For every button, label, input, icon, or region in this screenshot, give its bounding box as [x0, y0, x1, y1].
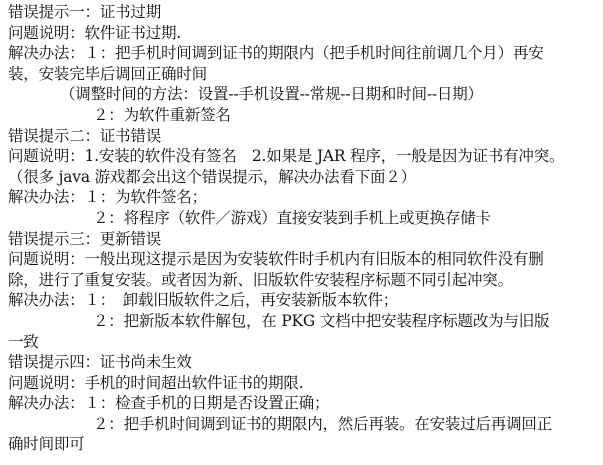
error-1-description: 问题说明：软件证书过期. — [8, 23, 598, 44]
error-3-title: 错误提示三：更新错误 — [8, 229, 598, 250]
error-4-description: 问题说明：手机的时间超出软件证书的期限. — [8, 373, 598, 394]
error-2-description: 问题说明：1.安装的软件没有签名 2.如果是 JAR 程序，一般是因为证书有冲突… — [8, 146, 598, 167]
error-3-description-cont: 除，进行了重复安装。或者因为新、旧版软件安装程序标题不同引起冲突。 — [8, 270, 598, 291]
error-3-solution-2-cont: 一致 — [8, 332, 598, 353]
error-1-solution-1-cont: 装，安装完毕后调回正确时间 — [8, 64, 598, 85]
error-4-title: 错误提示四：证书尚未生效 — [8, 352, 598, 373]
error-1-solution-2: ２：为软件重新签名 — [8, 105, 598, 126]
error-1-time-adjust-note: （调整时间的方法：设置--手机设置--常规--日期和时间--日期） — [8, 84, 598, 105]
error-4-solution-2: ２：把手机时间调到证书的期限内，然后再装。在安装过后再调回正 — [8, 414, 598, 435]
error-2-title: 错误提示二：证书错误 — [8, 126, 598, 147]
error-3-solution-1: 解决办法：１： 卸载旧版软件之后，再安装新版本软件； — [8, 290, 598, 311]
error-1-title: 错误提示一：证书过期 — [8, 2, 598, 23]
error-2-solution-2: ２：将程序（软件／游戏）直接安装到手机上或更换存储卡 — [8, 208, 598, 229]
error-3-solution-2: ２：把新版本软件解包，在 PKG 文档中把安装程序标题改为与旧版 — [8, 311, 598, 332]
error-4-solution-1: 解决办法：１：检查手机的日期是否设置正确； — [8, 393, 598, 414]
error-1-solution-1: 解决办法：１：把手机时间调到证书的期限内（把手机时间往前调几个月）再安 — [8, 43, 598, 64]
error-2-description-note: （很多 java 游戏都会出这个错误提示，解决办法看下面２） — [8, 167, 598, 188]
error-4-solution-2-cont: 确时间即可 — [8, 434, 598, 455]
error-3-description: 问题说明：一般出现这提示是因为安装软件时手机内有旧版本的相同软件没有删 — [8, 249, 598, 270]
document-body: 错误提示一：证书过期 问题说明：软件证书过期. 解决办法：１：把手机时间调到证书… — [8, 2, 598, 455]
error-2-solution-1: 解决办法：１：为软件签名； — [8, 187, 598, 208]
